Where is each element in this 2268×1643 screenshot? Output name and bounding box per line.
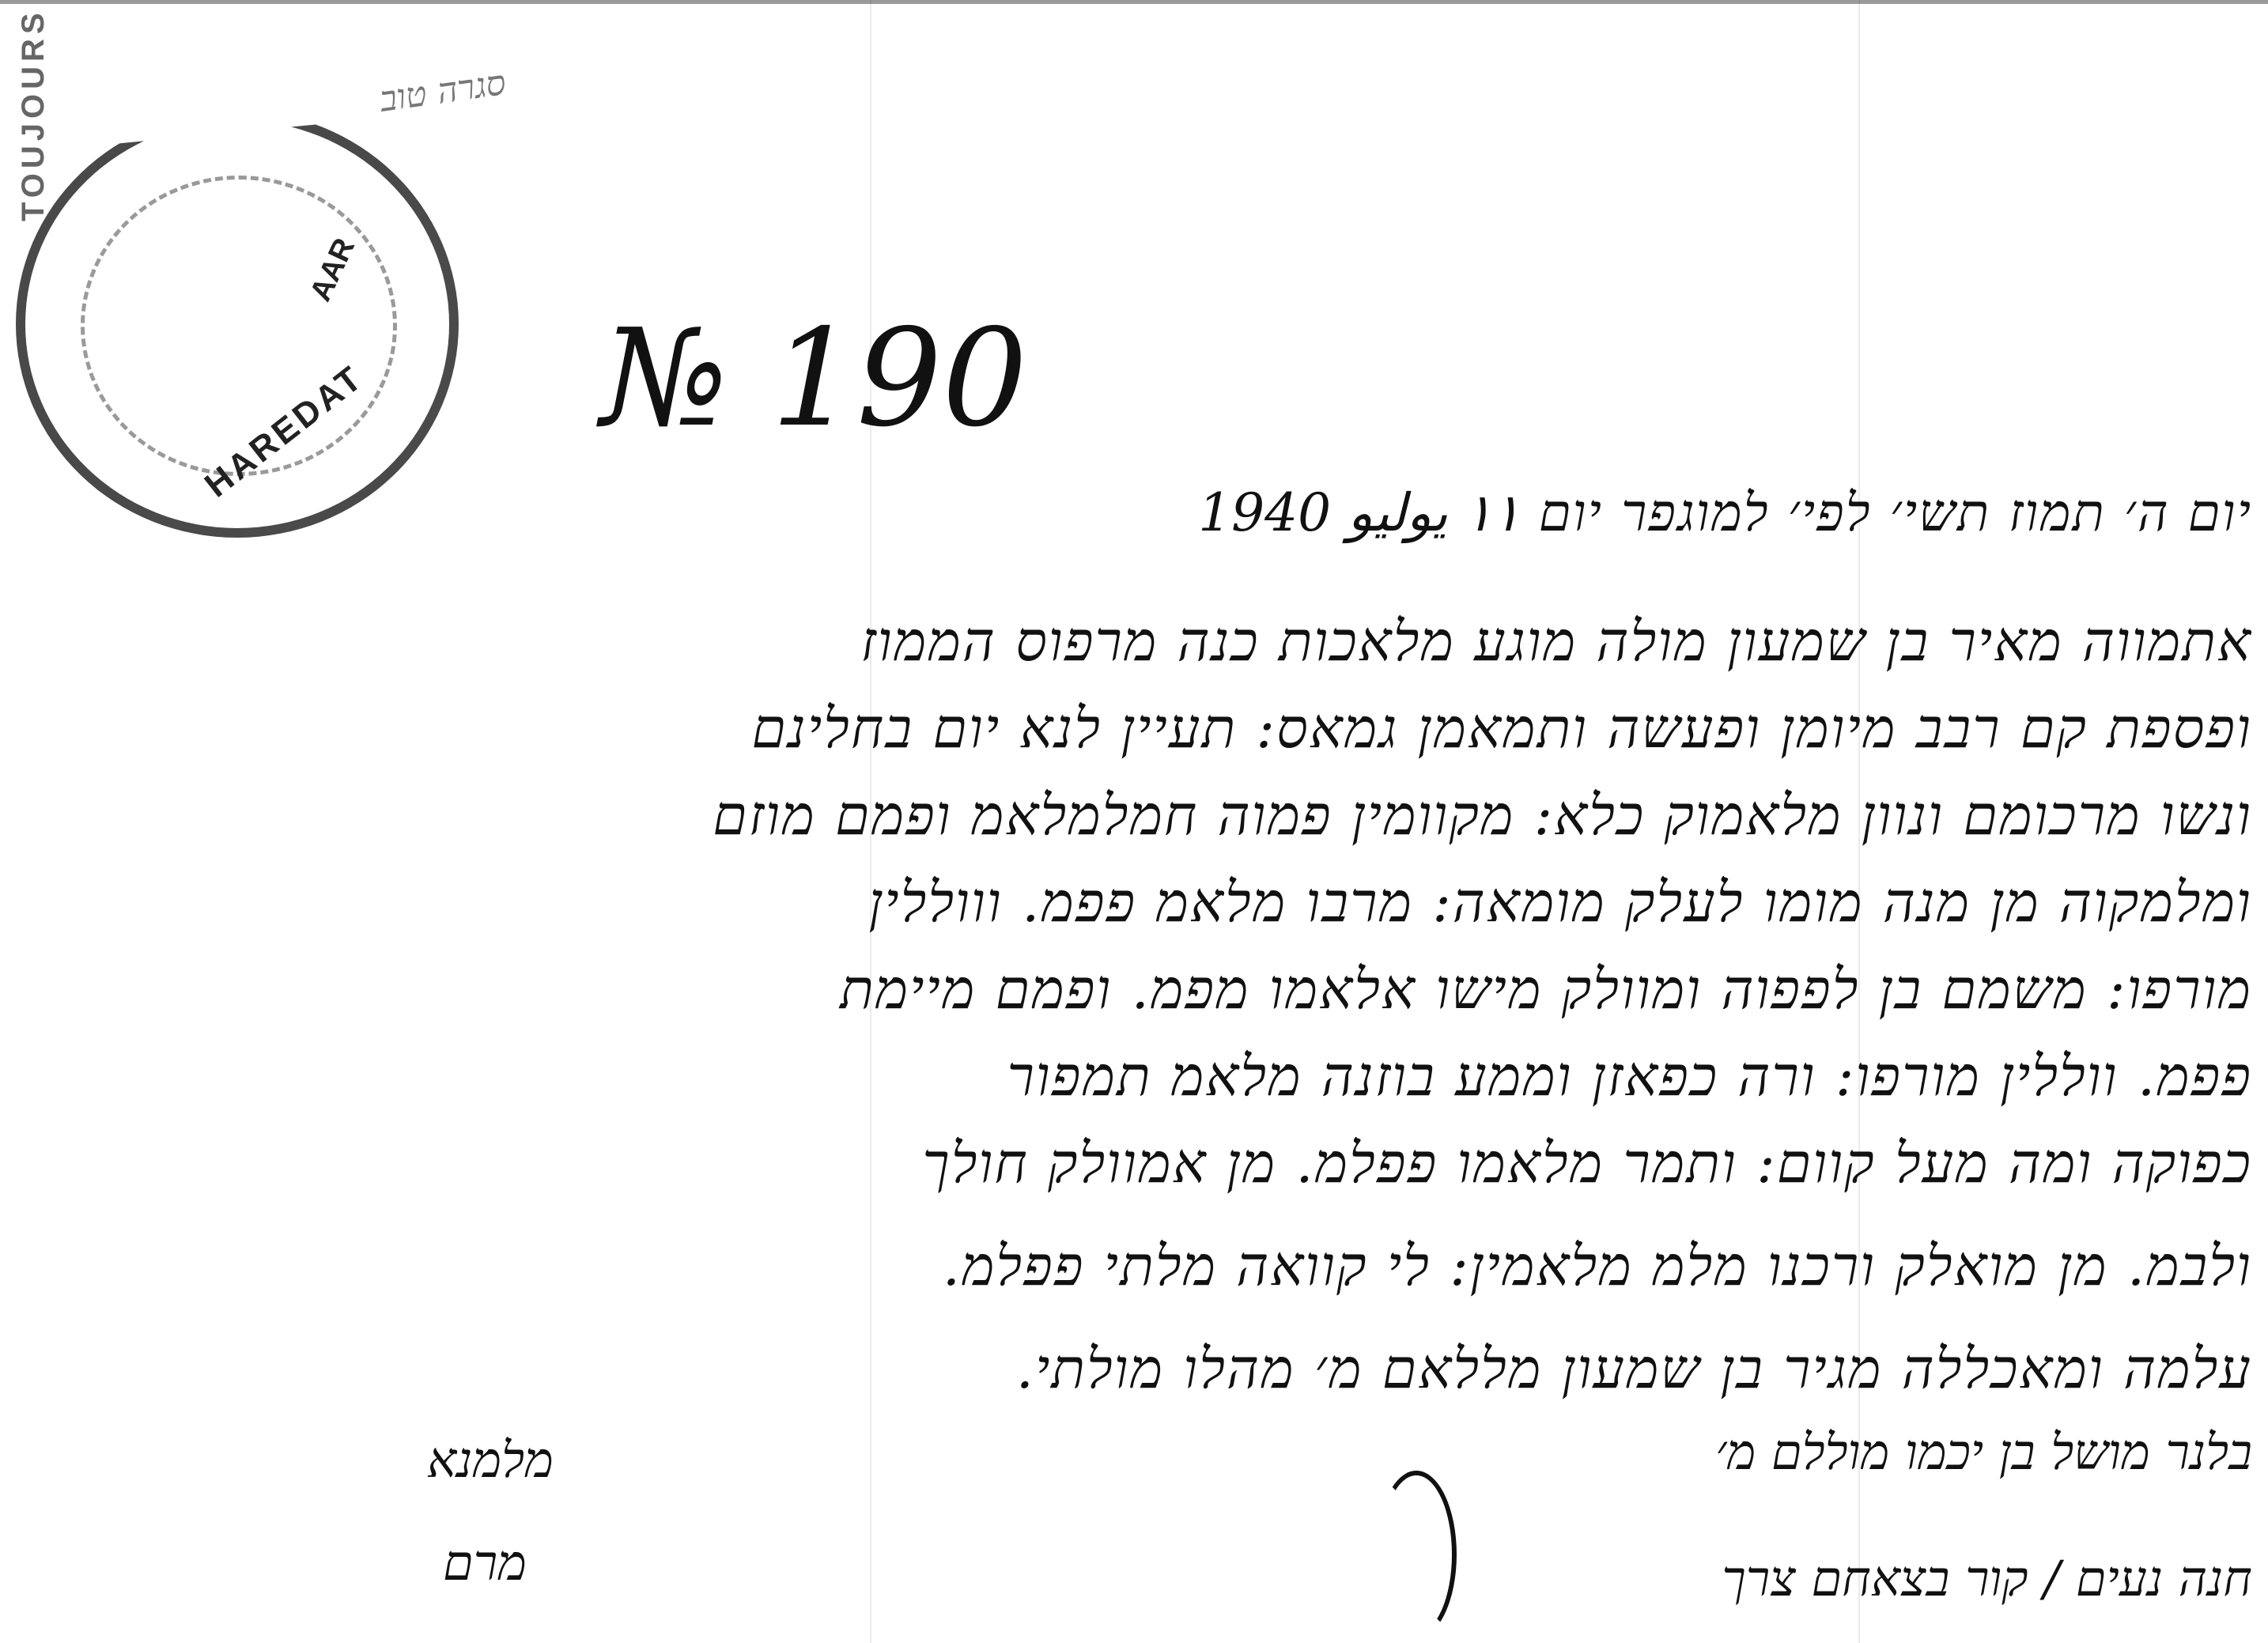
body-line-10: עלמה ומאכללה מגיר בן שמעון מללאם מ׳ מהלו… bbox=[1016, 1336, 2252, 1402]
body-line-7: פפמ. ווללין מורפו: ורה כפאזן וממע בוזנה … bbox=[1007, 1044, 2252, 1109]
body-line-1: יום ה׳ תמוז תשי׳ לפי׳ למוגפר יום ١١ يولي… bbox=[1198, 482, 2252, 544]
stamp-side-text: TOUJOURS bbox=[16, 8, 51, 221]
right-signature-1: בלנר מושל בן יכמו מוללם מ׳ bbox=[1715, 1423, 2252, 1482]
body-line-6: מורפו: משמם בן לפפוה ומוולק מישו אלאמו מ… bbox=[840, 957, 2252, 1022]
right-signature-2: חנה נעים / קור בצאחם צרך bbox=[1722, 1550, 2252, 1608]
body-line-4: ונשו מרכומם ונוון מלאמוק כלא: מקוומין פמ… bbox=[713, 783, 2252, 848]
document-number: № 190 bbox=[601, 300, 1027, 457]
top-scribble: סגרה טוב bbox=[377, 62, 508, 120]
body-line-3: ופספת קם רבב מיומן ופעשה ותמאמן גמאס: תע… bbox=[751, 696, 2252, 761]
signature-flourish bbox=[1376, 1471, 1457, 1638]
left-signature-2: מרם bbox=[443, 1534, 527, 1592]
body-line-5: ומלמקוה מן מנה מומו לעלק מומאה: מרבו מלא… bbox=[868, 870, 2252, 935]
body-line-8: כפוקה ומה מעל קוום: ותמר מלאמו פפלמ. מן … bbox=[922, 1131, 2252, 1196]
body-line-2: אתמווה מאיר בן שמעון מולה מוגע מלאכות כנ… bbox=[860, 609, 2252, 674]
scan-top-edge bbox=[0, 0, 2268, 4]
body-line-9: ולבמ. מן מואלק ורכנו מלמ מלאמין: לי קווא… bbox=[943, 1233, 2252, 1299]
stamp-inner-ring bbox=[81, 176, 397, 476]
left-signature-1: מלמנא bbox=[427, 1431, 554, 1490]
